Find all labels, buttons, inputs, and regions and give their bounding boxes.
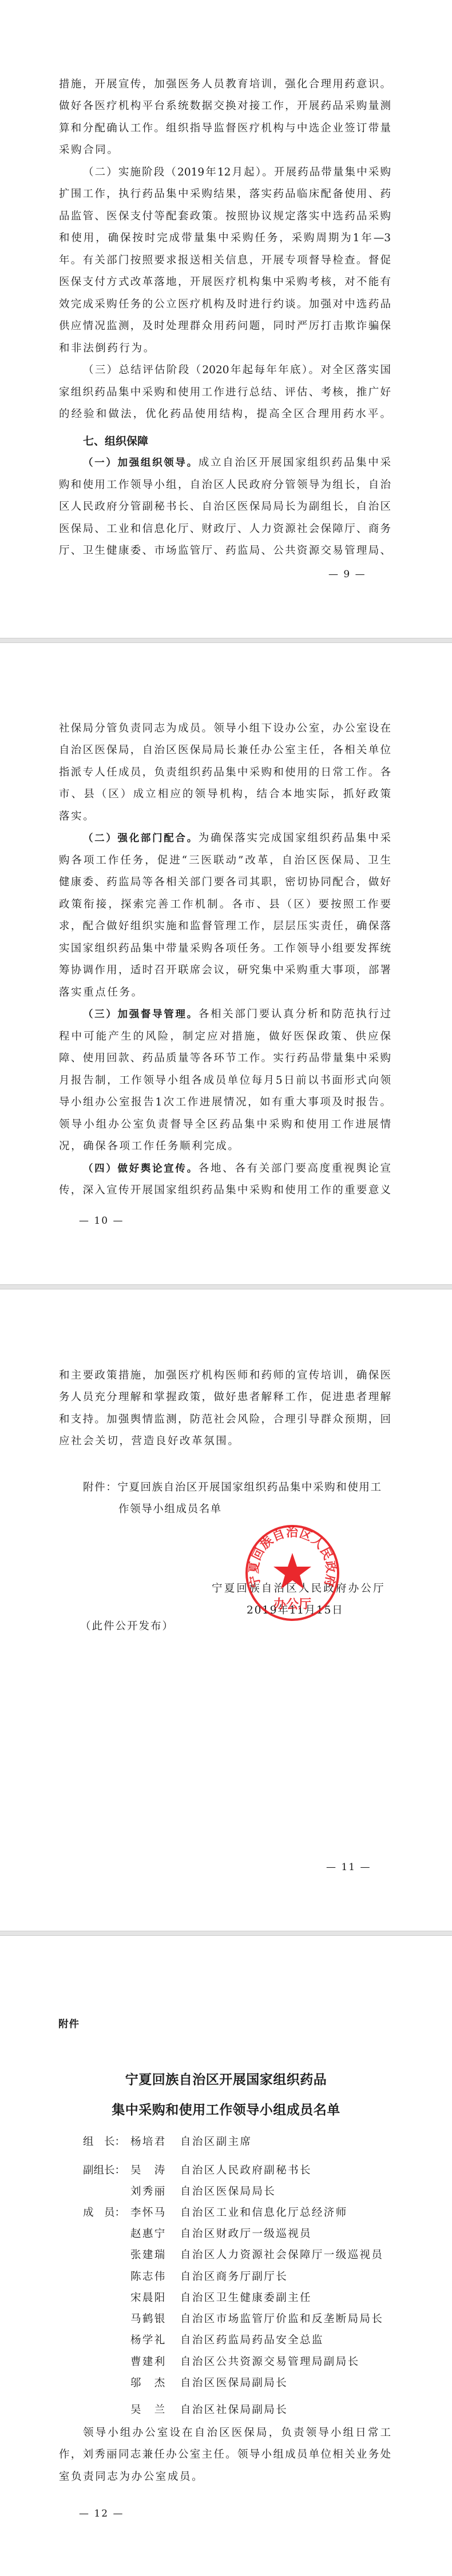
attachment-label: 附件：	[83, 1481, 117, 1493]
body-line: 政策衔接，探索完善工作机制。各市、县（区）要按照工作要	[59, 894, 391, 916]
member-name: 张建瑞	[130, 2244, 166, 2266]
body-line: 采购合同。	[59, 139, 391, 161]
attachment-reference: 附件：宁夏回族自治区开展国家组织药品集中采购和使用工	[83, 1477, 382, 1499]
member-position: 自治区公共资源交易管理局副局长	[180, 2351, 360, 2373]
body-line: 月报告制，工作领导小组各成员单位每月5日前以书面形式向领	[59, 1070, 391, 1092]
body-line: 程中可能产生的风险，制定应对措施，做好医保政策、供应保	[59, 1026, 391, 1048]
attachment-title: 集中采购和使用工作领导小组成员名单	[0, 2099, 452, 2122]
document-page-12: 附件 宁夏回族自治区开展国家组织药品 集中采购和使用工作领导小组成员名单 组 长…	[0, 1936, 452, 2576]
member-name: 杨学礼	[130, 2330, 166, 2351]
member-name: 刘秀丽	[130, 2181, 166, 2202]
attachment-title-cont: 作领导小组成员名单	[118, 1499, 222, 1520]
member-name: 吴 涛	[130, 2160, 166, 2181]
body-line: 传，深入宣传开展国家组织药品集中采购和使用工作的重要意义	[59, 1180, 391, 1201]
body-line: 做好各医疗机构平台系统数据交换对接工作，开展药品采购量测	[59, 95, 391, 117]
body-line: 和主要政策措施，加强医疗机构医师和药师的宣传培训，确保医	[59, 1365, 391, 1387]
body-line: 健康委、药监局等各相关部门要各司其职，密切协同配合，做好	[59, 872, 391, 893]
member-name: 邬 杰	[130, 2373, 166, 2394]
body-line: 年。有关部门按照要求报送相关信息，开展专项督导检查。督促	[59, 250, 391, 271]
body-line: 况，确保各项工作任务顺利完成。	[59, 1136, 391, 1157]
body-line: 品监管、医保支付等配套政策。按照协议规定落实中选药品采购	[59, 206, 391, 227]
body-line: （二）实施阶段（2019年12月起）。开展药品带量集中采购	[83, 162, 391, 183]
public-release-note: （此件公开发布）	[80, 1616, 174, 1638]
body-line: 务人员充分理解和掌握政策，做好患者解释工作，促进患者理解	[59, 1387, 391, 1408]
attachment-heading: 附件	[58, 2014, 80, 2035]
body-line: 自治区医保局，自治区医保局局长兼任办公室主任，各相关单位	[59, 740, 391, 761]
member-name: 吴 兰	[130, 2399, 166, 2421]
body-line: 购各项工作任务，促进“三医联动”改革，自治区医保局、卫生	[59, 850, 391, 872]
body-line: 医保局、工业和信息化厅、财政厅、人力资源社会保障厅、商务	[59, 518, 391, 540]
body-line: 和支持。加强舆情监测，防范社会风险，合理引导群众预期，回	[59, 1409, 391, 1431]
body-line: 和使用，确保按时完成带量集中采购任务，采购周期为1年—3	[59, 227, 391, 249]
body-line: 算和分配确认工作。组织指导监督医疗机构与中选企业签订带量	[59, 118, 391, 139]
body-line: 领导小组办公室设在自治区医保局，负责领导小组日常工	[83, 2422, 391, 2444]
body-line: （一）加强组织领导。成立自治区开展国家组织药品集中采	[83, 452, 391, 474]
attachment-title: 宁夏回族自治区开展国家组织药品集中采购和使用工	[117, 1481, 382, 1493]
member-name: 马鹤银	[130, 2309, 166, 2330]
member-name: 李怀马	[130, 2202, 166, 2223]
member-name: 宋晨阳	[130, 2287, 166, 2309]
body-line: 社保局分管负责同志为成员。领导小组下设办公室，办公室设在	[59, 718, 391, 740]
attachment-title: 宁夏回族自治区开展国家组织药品	[0, 2068, 452, 2091]
document-page-10: 社保局分管负责同志为成员。领导小组下设办公室，办公室设在 自治区医保局，自治区医…	[0, 643, 452, 1284]
subsection-lead: （一）加强组织领导。	[83, 457, 199, 469]
body-line: 实国家组织药品集中带量采购各项任务。工作领导小组要发挥统	[59, 938, 391, 960]
body-line: （四）做好舆论宣传。各地、各有关部门要高度重视舆论宣	[83, 1158, 391, 1180]
body-line: （二）强化部门配合。为确保落实完成国家组织药品集中采	[83, 828, 391, 849]
body-line: 厅、卫生健康委、市场监管厅、药监局、公共资源交易管理局、	[59, 540, 391, 562]
body-line: （三）总结评估阶段（2020年起每年年底）。对全区落实国	[83, 360, 391, 381]
member-role-label: 成 员：	[83, 2202, 125, 2223]
body-line: 作，刘秀丽同志兼任办公室主任。领导小组成员单位相关业务处	[59, 2444, 391, 2466]
member-name: 陈志伟	[130, 2266, 166, 2287]
body-line: 的经验和做法，优化药品使用结构，提高全区合理用药水平。	[59, 404, 391, 425]
page-number: — 10 —	[79, 1212, 124, 1229]
body-line: 筹协调作用，适时召开联席会议，研究集中采购重大事项，部署	[59, 960, 391, 981]
member-role-label: 组 长：	[83, 2131, 125, 2152]
member-position: 自治区商务厅副厅长	[180, 2266, 288, 2287]
body-line: 供应情况监测，及时处理群众用药问题，同时严厉打击欺诈骗保	[59, 315, 391, 337]
body-line: 市、县（区）成立相应的领导机构，结合本地实际，抓好政策	[59, 784, 391, 805]
body-text: 各相关部门要认真分析和防范执行过	[199, 1008, 391, 1020]
body-line: 指派专人任成员，负责组织药品集中采购和使用的日常工作。各	[59, 762, 391, 784]
body-line: 应社会关切，营造良好改革氛围。	[59, 1431, 391, 1452]
body-line: 医保支付方式改革落地，开展医疗机构集中采购考核，对不能有	[59, 271, 391, 293]
body-line: 效完成采购任务的公立医疗机构及时进行约谈。加强对中选药品	[59, 294, 391, 315]
subsection-lead: （二）强化部门配合。	[83, 833, 199, 844]
member-position: 自治区工业和信息化厅总经济师	[180, 2202, 348, 2223]
member-position: 自治区人力资源社会保障厅一级巡视员	[180, 2244, 383, 2266]
member-name: 赵惠宁	[130, 2223, 166, 2244]
body-line: 导小组办公室报告1次工作进展情况，如有重大事项及时报告。	[59, 1092, 391, 1113]
section-heading: 七、组织保障	[83, 430, 148, 452]
svg-text:办公厅: 办公厅	[273, 1597, 311, 1612]
subsection-lead: （三）加强督导管理。	[83, 1009, 199, 1020]
page-separator	[0, 1931, 452, 1936]
body-line: 室负责同志为办公室成员。	[59, 2466, 391, 2488]
member-position: 自治区医保局副局长	[180, 2373, 288, 2394]
member-position: 自治区社保局副局长	[180, 2399, 288, 2421]
member-position: 自治区卫生健康委副主任	[180, 2287, 312, 2309]
document-page-9: 措施，开展宣传，加强医务人员教育培训，强化合理用药意识。 做好各医疗机构平台系统…	[0, 0, 452, 638]
member-position: 自治区市场监管厅价监和反垄断局局长	[180, 2309, 383, 2330]
page-separator	[0, 638, 452, 643]
document-page-11: 和主要政策措施，加强医疗机构医师和药师的宣传培训，确保医 务人员充分理解和掌握政…	[0, 1289, 452, 1931]
body-line: （三）加强督导管理。各相关部门要认真分析和防范执行过	[83, 1004, 391, 1025]
body-line: 区人民政府分管副秘书长、自治区医保局局长为副组长，自治区	[59, 496, 391, 518]
subsection-lead: （四）做好舆论宣传。	[83, 1163, 199, 1175]
body-line: 和非法倒药行为。	[59, 338, 391, 360]
page-number: — 9 —	[328, 566, 366, 583]
body-text: 各地、各有关部门要高度重视舆论宣	[199, 1163, 391, 1175]
body-line: 购和使用工作领导小组，自治区人民政府分管领导为组长，自治	[59, 474, 391, 496]
member-position: 自治区医保局局长	[180, 2181, 276, 2202]
body-text: 为确保落实完成国家组织药品集中采	[199, 832, 391, 844]
member-role-label: 副组长：	[83, 2160, 125, 2181]
page-number: — 11 —	[326, 1859, 371, 1876]
body-line: 家组织药品集中采购和使用工作进行总结、评估、考核，推广好	[59, 382, 391, 404]
body-line: 落实。	[59, 806, 391, 828]
body-line: 领导小组办公室负责督导全区药品集中采购和使用工作进展情	[59, 1114, 391, 1136]
page-number: — 12 —	[79, 2505, 124, 2522]
body-line: 措施，开展宣传，加强医务人员教育培训，强化合理用药意识。	[59, 74, 391, 95]
member-position: 自治区人民政府副秘书长	[180, 2160, 312, 2181]
body-line: 障、使用回款、药品质量等各环节工作。实行药品带量集中采购	[59, 1048, 391, 1069]
member-name: 曹建利	[130, 2351, 166, 2373]
member-name: 杨培君	[130, 2131, 166, 2152]
page-separator	[0, 1284, 452, 1289]
body-line: 扩围工作，执行药品集中采购结果，落实药品临床配备使用、药	[59, 183, 391, 205]
body-line: 求，配合做好组织实施和监督管理工作，层层压实责任，确保落	[59, 916, 391, 937]
body-text: 成立自治区开展国家组织药品集中采	[199, 457, 391, 469]
official-seal-icon: 宁夏回族自治区人民政府 办公厅	[244, 1524, 341, 1622]
member-position: 自治区财政厅一级巡视员	[180, 2223, 312, 2244]
member-position: 自治区药监局药品安全总监	[180, 2330, 324, 2351]
body-line: 落实重点任务。	[59, 982, 391, 1004]
member-position: 自治区副主席	[180, 2131, 252, 2152]
